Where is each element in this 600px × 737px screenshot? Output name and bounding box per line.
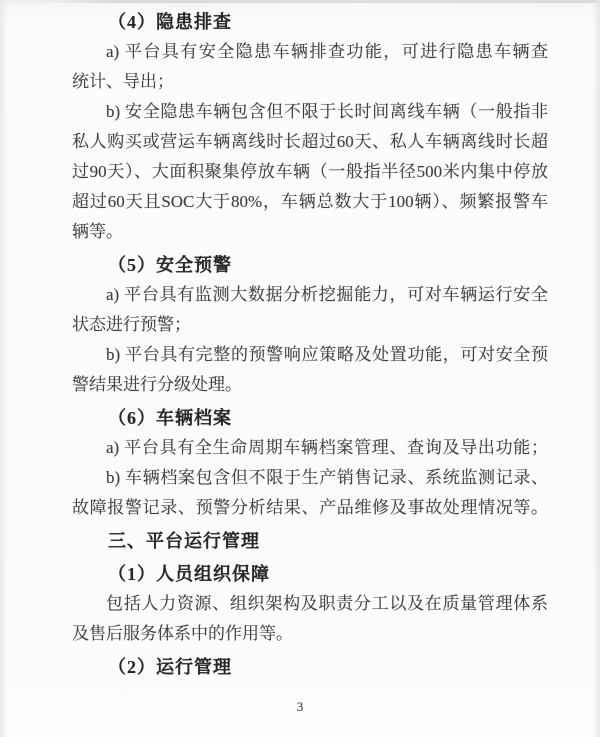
heading-vehicle-archives: （6）车辆档案 <box>72 403 548 433</box>
document-page: （4）隐患排查 a) 平台具有安全隐患车辆排查功能，可进行隐患车辆查询、 统计、… <box>0 0 600 737</box>
text-line: 私人购买或营运车辆离线时长超过60天、私人车辆离线时长超 <box>72 127 548 157</box>
text-line: 警结果进行分级处理。 <box>72 370 548 400</box>
scan-edge-left <box>0 0 8 737</box>
text-line: 过90天）、大面积聚集停放车辆（一般指半径500米内集中停放 <box>72 157 548 187</box>
text-line: 超过60天且SOC大于80%，车辆总数大于100辆）、频繁报警车 <box>72 187 548 217</box>
heading-safety-early-warning: （5）安全预警 <box>72 250 548 280</box>
text-line: 统计、导出； <box>72 67 548 97</box>
heading-personnel-organization-guarantee: （1）人员组织保障 <box>72 559 548 589</box>
text-line: b) 平台具有完整的预警响应策略及处置功能，可对安全预 <box>72 340 548 370</box>
text-line: 及售后服务体系中的作用等。 <box>72 619 548 649</box>
document-text-block: （4）隐患排查 a) 平台具有安全隐患车辆排查功能，可进行隐患车辆查询、 统计、… <box>72 4 548 682</box>
text-line: 包括人力资源、组织架构及职责分工以及在质量管理体系 <box>72 589 548 619</box>
text-line: a) 平台具有安全隐患车辆排查功能，可进行隐患车辆查询、 <box>72 37 548 67</box>
text-line: 辆等。 <box>72 217 548 247</box>
page-number: 3 <box>0 699 600 715</box>
text-line: 故障报警记录、预警分析结果、产品维修及事故处理情况等。 <box>72 493 548 523</box>
heading-hidden-danger-inspection: （4）隐患排查 <box>72 7 548 37</box>
text-line: b) 车辆档案包含但不限于生产销售记录、系统监测记录、 <box>72 463 548 493</box>
text-line: 状态进行预警； <box>72 310 548 340</box>
scan-edge-top <box>0 0 600 3</box>
text-line: a) 平台具有全生命周期车辆档案管理、查询及导出功能； <box>72 433 548 463</box>
heading-platform-operation-management: 三、平台运行管理 <box>72 526 548 556</box>
text-line: a) 平台具有监测大数据分析挖掘能力，可对车辆运行安全 <box>72 280 548 310</box>
scan-edge-right <box>592 0 600 737</box>
text-line: b) 安全隐患车辆包含但不限于长时间离线车辆（一般指非 <box>72 97 548 127</box>
heading-operation-management: （2）运行管理 <box>72 652 548 682</box>
